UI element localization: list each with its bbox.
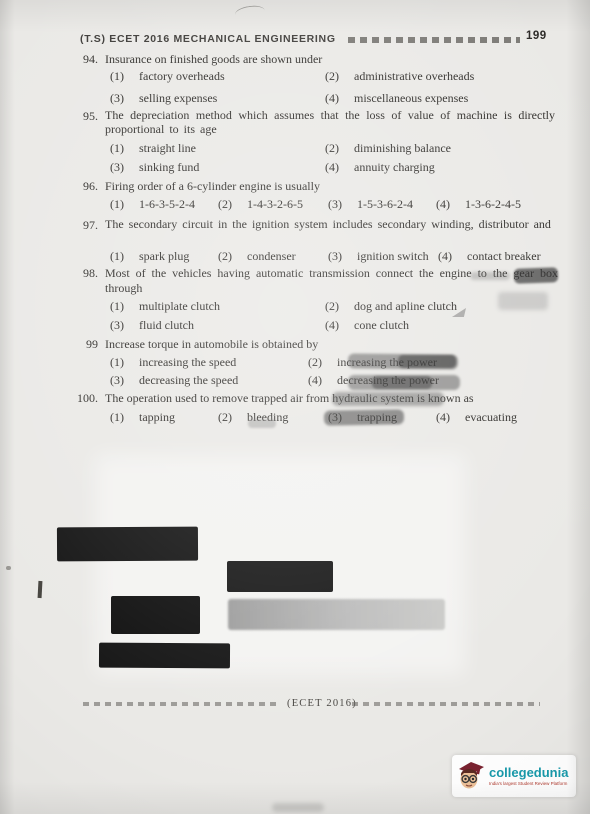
question-stem: Increase torque in automobile is obtaine…	[105, 337, 318, 351]
option-label: (4)	[438, 249, 460, 263]
question-stem: The depreciation method which assumes th…	[105, 109, 555, 137]
option-text: administrative overheads	[354, 69, 474, 83]
option-text: sinking fund	[139, 160, 199, 174]
option: (1)multiplate clutch	[110, 299, 220, 313]
question-98-options-row-1: (1)multiplate clutch (2)dog and apline c…	[0, 299, 590, 315]
question-number: 95.	[64, 109, 98, 123]
option-label: (3)	[110, 318, 132, 332]
option-label: (2)	[218, 197, 240, 211]
option: (3)sinking fund	[110, 160, 199, 174]
option: (4)1-3-6-2-4-5	[436, 197, 521, 211]
option-text: diminishing balance	[354, 141, 451, 155]
option: (3)ignition switch	[328, 249, 429, 263]
option-text: selling expenses	[139, 91, 217, 105]
question-97: 97. The secondary circuit in the ignitio…	[0, 218, 590, 248]
option-text: increasing the power	[337, 355, 437, 369]
option-text: condenser	[247, 249, 296, 263]
option: (2)dog and apline clutch	[325, 299, 457, 313]
option-text: increasing the speed	[139, 355, 236, 369]
option: (4)miscellaneous expenses	[325, 91, 468, 105]
option-label: (3)	[110, 373, 132, 387]
option: (2)condenser	[218, 249, 296, 263]
option-label: (1)	[110, 141, 132, 155]
option: (3)decreasing the speed	[110, 373, 238, 387]
redaction-box	[111, 596, 200, 634]
option-text: factory overheads	[139, 69, 225, 83]
option-label: (1)	[110, 69, 132, 83]
option-label: (4)	[325, 91, 347, 105]
question-number: 94.	[64, 52, 98, 66]
option-text: contact breaker	[467, 249, 541, 263]
option-label: (1)	[110, 249, 132, 263]
option-label: (3)	[328, 197, 350, 211]
footer-dash-marks-left	[83, 702, 277, 706]
option-label: (4)	[325, 318, 347, 332]
option-text: annuity charging	[354, 160, 435, 174]
option-text: 1-6-3-5-2-4	[139, 197, 195, 211]
option: (3)selling expenses	[110, 91, 217, 105]
option-label: (3)	[110, 91, 132, 105]
option-text: dog and apline clutch	[354, 299, 457, 313]
page-header-title: (T.S) ECET 2016 MECHANICAL ENGINEERING	[80, 33, 336, 45]
option-label: (2)	[325, 141, 347, 155]
option-text: 1-4-3-2-6-5	[247, 197, 303, 211]
option-label: (3)	[328, 410, 350, 424]
option: (4)contact breaker	[438, 249, 541, 263]
option: (2)diminishing balance	[325, 141, 451, 155]
question-98: 98. Most of the vehicles having automati…	[0, 266, 590, 298]
question-99: 99 Increase torque in automobile is obta…	[0, 337, 590, 353]
option-text: multiplate clutch	[139, 299, 220, 313]
option-label: (1)	[110, 410, 132, 424]
option-text: 1-5-3-6-2-4	[357, 197, 413, 211]
redaction-box	[99, 643, 230, 669]
pencil-mark	[234, 4, 266, 21]
scanned-exam-page: (T.S) ECET 2016 MECHANICAL ENGINEERING 1…	[0, 0, 590, 814]
option-text: miscellaneous expenses	[354, 91, 468, 105]
collegedunia-logo-text: collegedunia India's largest Student Rev…	[489, 766, 568, 786]
option-label: (3)	[110, 160, 132, 174]
collegedunia-mascot-icon	[457, 760, 485, 792]
option: (4)evacuating	[436, 410, 517, 424]
option-text: evacuating	[465, 410, 517, 424]
footer-label: (ECET 2016)	[287, 698, 357, 709]
option-text: ignition switch	[357, 249, 429, 263]
option: (1)factory overheads	[110, 69, 225, 83]
question-100-options-row: (1)tapping (2)bleeding (3)trapping (4)ev…	[0, 410, 590, 426]
option-text: trapping	[357, 410, 397, 424]
question-96-options-row: (1)1-6-3-5-2-4 (2)1-4-3-2-6-5 (3)1-5-3-6…	[0, 197, 590, 213]
option-label: (1)	[110, 197, 132, 211]
option-label: (1)	[110, 355, 132, 369]
collegedunia-brand-text: collegedunia	[489, 766, 568, 780]
page-number: 199	[526, 30, 547, 42]
question-100: 100. The operation used to remove trappe…	[0, 391, 590, 407]
option: (4)cone clutch	[325, 318, 409, 332]
option: (4)decreasing the power	[308, 373, 439, 387]
option: (2)1-4-3-2-6-5	[218, 197, 303, 211]
option-label: (4)	[325, 160, 347, 174]
option: (3)fluid clutch	[110, 318, 194, 332]
header-dash-marks	[348, 37, 520, 43]
option: (1)increasing the speed	[110, 355, 236, 369]
redaction-box	[227, 561, 333, 592]
option-label: (4)	[436, 197, 458, 211]
question-number: 99	[64, 337, 98, 351]
redaction-box	[57, 527, 198, 562]
margin-dot-mark	[6, 566, 11, 570]
option-label: (3)	[328, 249, 350, 263]
option-text: fluid clutch	[139, 318, 194, 332]
option: (1)1-6-3-5-2-4	[110, 197, 195, 211]
option: (1)spark plug	[110, 249, 189, 263]
collegedunia-tagline-text: India's largest Student Review Platform	[489, 781, 568, 786]
scan-smudge	[272, 803, 324, 812]
option-label: (2)	[218, 410, 240, 424]
option: (1)straight line	[110, 141, 196, 155]
option-label: (2)	[325, 69, 347, 83]
option-text: bleeding	[247, 410, 288, 424]
option: (3)1-5-3-6-2-4	[328, 197, 413, 211]
question-96: 96. Firing order of a 6-cylinder engine …	[0, 179, 590, 195]
option-label: (2)	[308, 355, 330, 369]
option-text: decreasing the power	[337, 373, 439, 387]
option-label: (4)	[308, 373, 330, 387]
question-stem: Firing order of a 6-cylinder engine is u…	[105, 179, 320, 193]
option-label: (2)	[325, 299, 347, 313]
question-stem: Most of the vehicles having automatic tr…	[105, 266, 558, 296]
option-text: tapping	[139, 410, 175, 424]
question-94-options-row-2: (3)selling expenses (4)miscellaneous exp…	[0, 91, 590, 107]
question-number: 98.	[64, 266, 98, 280]
option: (1)tapping	[110, 410, 175, 424]
question-number: 97.	[64, 218, 98, 232]
question-stem: The secondary circuit in the ignition sy…	[105, 218, 557, 232]
question-95-options-row-2: (3)sinking fund (4)annuity charging	[0, 160, 590, 176]
option: (2)increasing the power	[308, 355, 437, 369]
question-98-options-row-2: (3)fluid clutch (4)cone clutch	[0, 318, 590, 334]
option-text: decreasing the speed	[139, 373, 238, 387]
question-number: 96.	[64, 179, 98, 193]
question-stem: Insurance on finished goods are shown un…	[105, 52, 322, 66]
question-95-options-row-1: (1)straight line (2)diminishing balance	[0, 141, 590, 157]
question-number: 100.	[64, 391, 98, 405]
footer-dash-marks-right	[352, 702, 540, 706]
option: (2)administrative overheads	[325, 69, 474, 83]
option-text: straight line	[139, 141, 196, 155]
question-94: 94. Insurance on finished goods are show…	[0, 52, 590, 68]
option: (2)bleeding	[218, 410, 288, 424]
redaction-box-faded	[228, 599, 445, 630]
option-label: (2)	[218, 249, 240, 263]
option-text: spark plug	[139, 249, 189, 263]
question-94-options-row-1: (1)factory overheads (2)administrative o…	[0, 69, 590, 85]
question-99-options-row-1: (1)increasing the speed (2)increasing th…	[0, 355, 590, 371]
question-stem: The operation used to remove trapped air…	[105, 391, 474, 405]
question-97-options-row: (1)spark plug (2)condenser (3)ignition s…	[0, 249, 590, 265]
option: (3)trapping	[328, 410, 397, 424]
option: (4)annuity charging	[325, 160, 435, 174]
question-95: 95. The depreciation method which assume…	[0, 109, 590, 139]
collegedunia-logo: collegedunia India's largest Student Rev…	[452, 755, 576, 797]
option-label: (1)	[110, 299, 132, 313]
option-label: (4)	[436, 410, 458, 424]
option-text: 1-3-6-2-4-5	[465, 197, 521, 211]
question-99-options-row-2: (3)decreasing the speed (4)decreasing th…	[0, 373, 590, 389]
option-text: cone clutch	[354, 318, 409, 332]
margin-tick-mark	[38, 581, 43, 598]
